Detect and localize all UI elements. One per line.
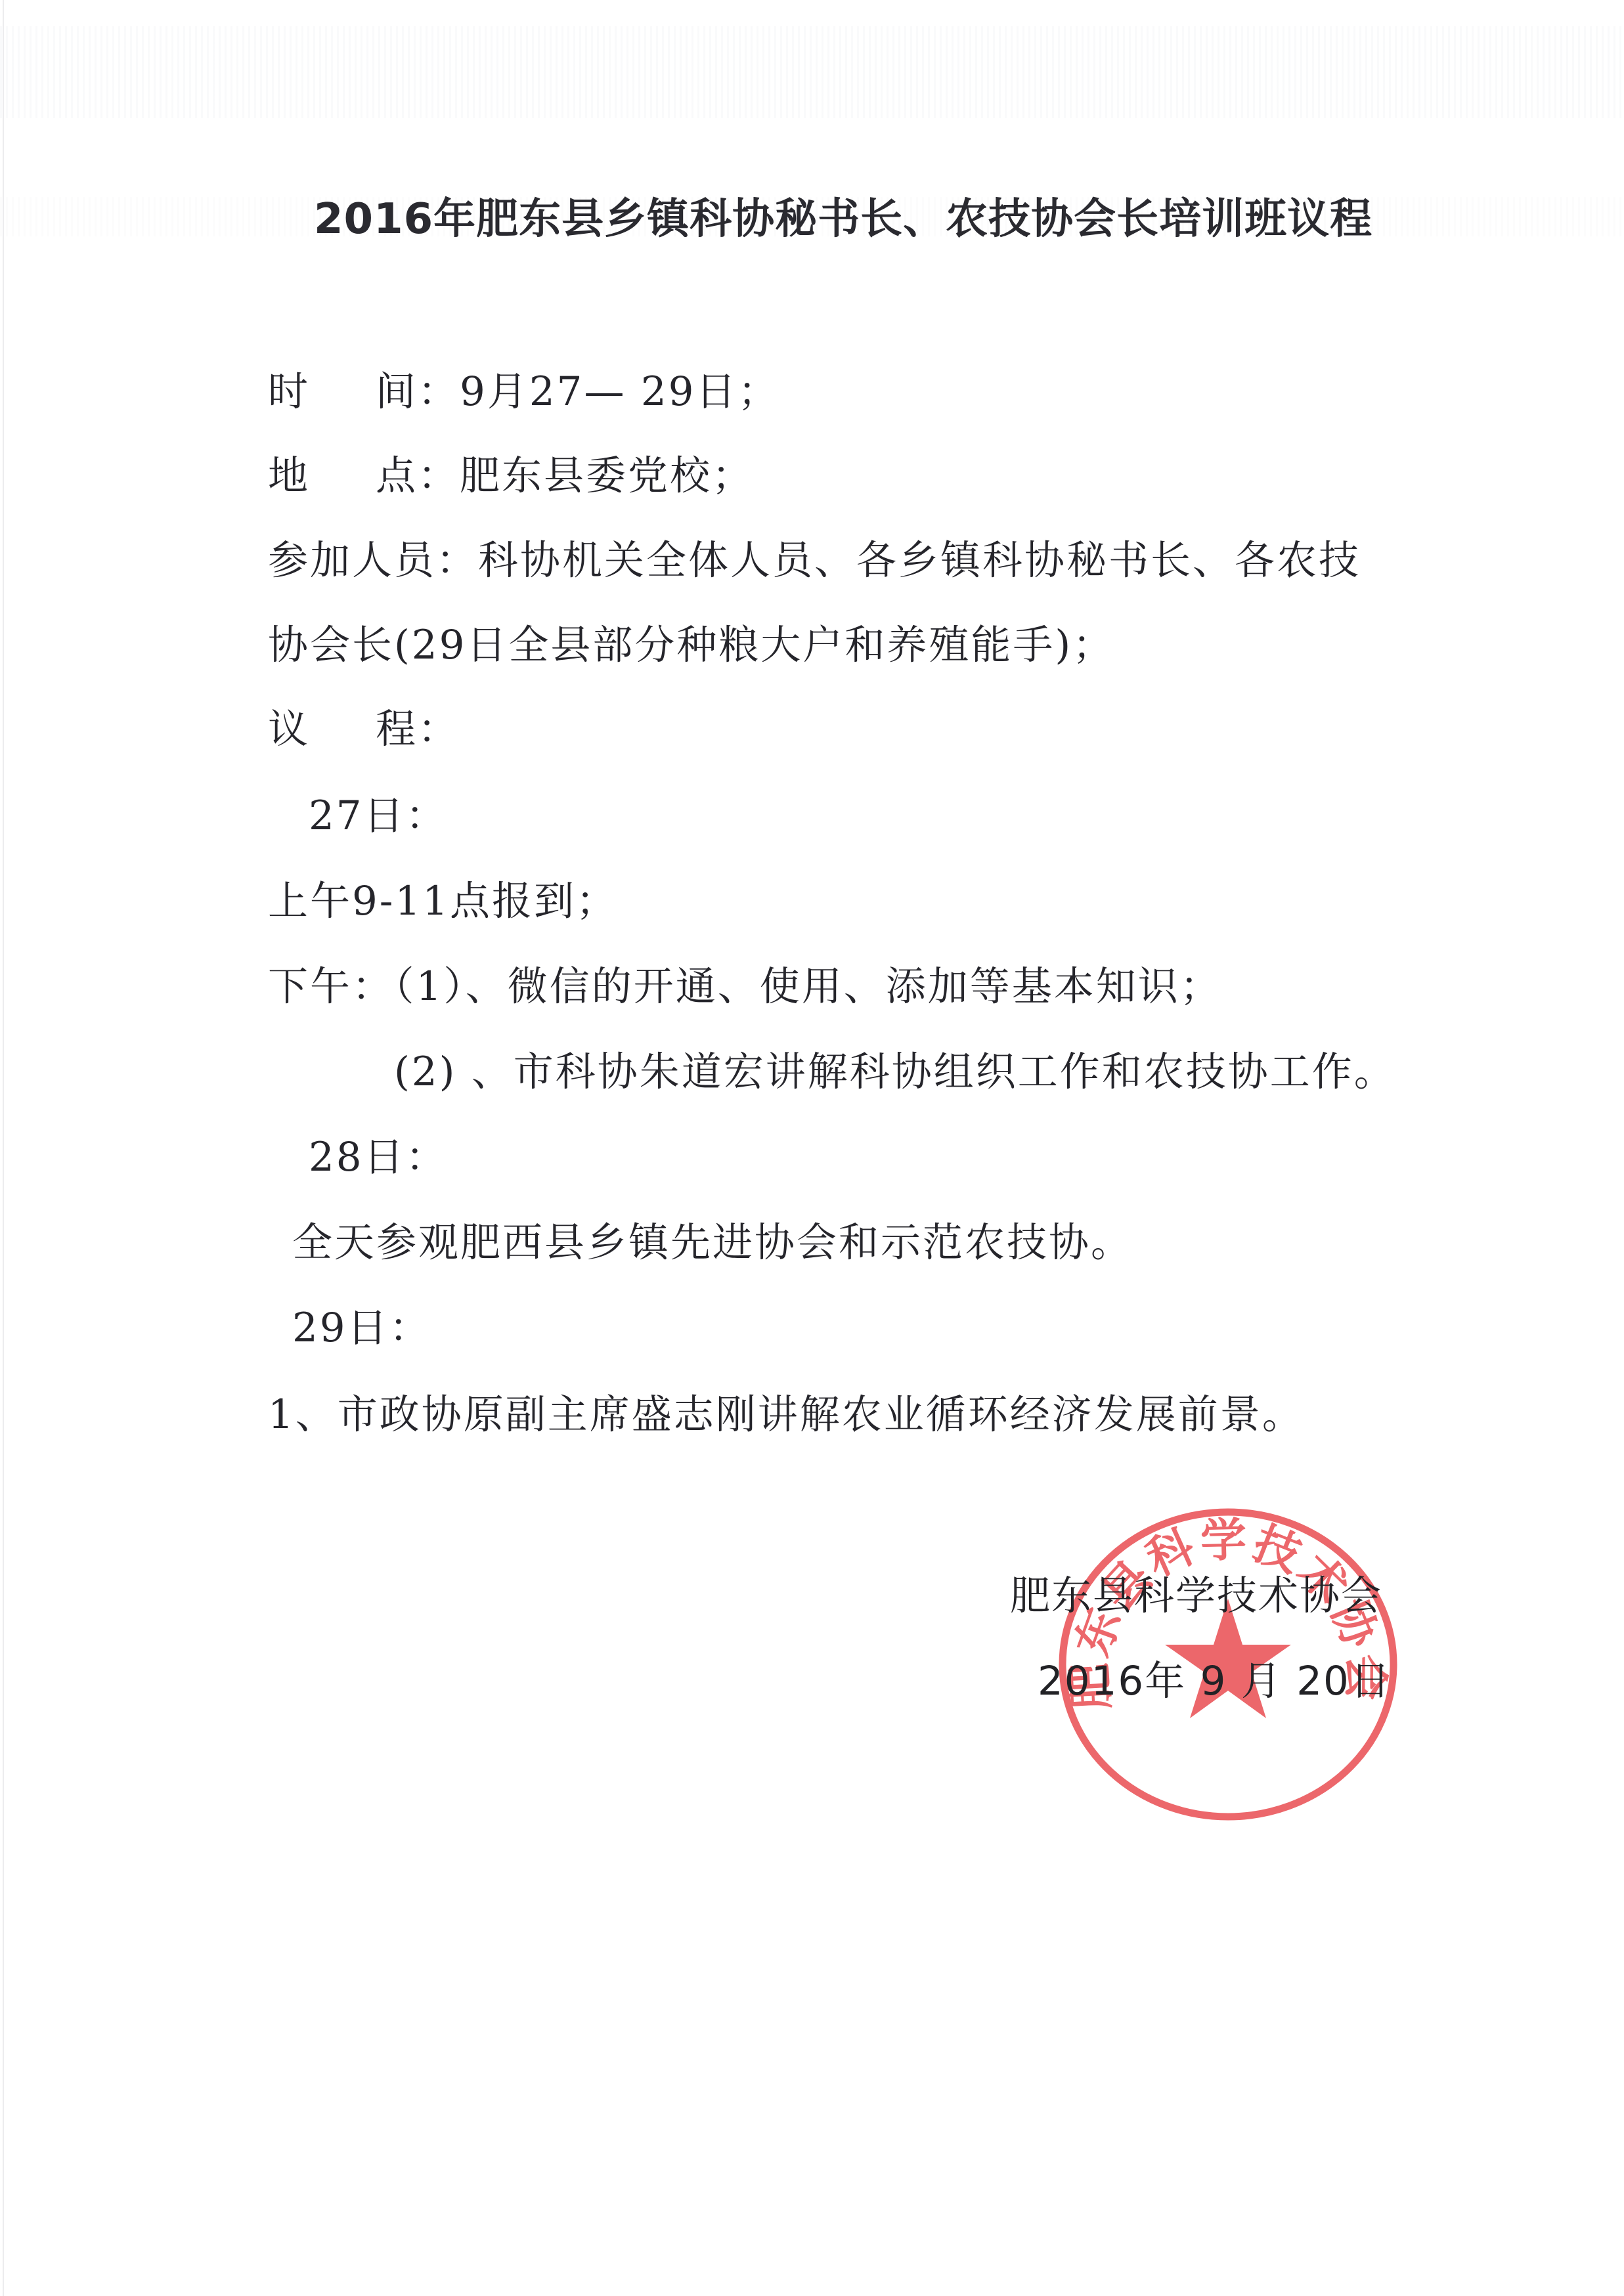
agenda-item: (2) 、市科协朱道宏讲解科协组织工作和农技协工作。 — [394, 1052, 1396, 1092]
agenda-item: 上午9-11点报到； — [268, 881, 618, 921]
agenda-item: 1、市政协原副主席盛志刚讲解农业循环经济发展前景。 — [268, 1395, 1304, 1435]
field-participants: 参加人员：科协机关全体人员、各乡镇科协秘书长、各农技 — [268, 540, 1361, 580]
field-place: 地点：肥东县委党校； — [268, 456, 754, 496]
agenda-day-27: 27日： — [309, 796, 448, 836]
field-place-value: 肥东县委党校； — [460, 452, 754, 499]
page-edge — [3, 0, 4, 2296]
agenda-item: 全天参观肥西县乡镇先进协会和示范农技协。 — [292, 1223, 1133, 1263]
field-place-label-a: 地 — [268, 452, 310, 499]
document-title: 2016年肥东县乡镇科协秘书长、农技协会长培训班议程 — [314, 185, 1372, 246]
field-time-value: 9月27— 29日； — [460, 368, 779, 415]
field-time-label-a: 时 — [268, 368, 310, 415]
scan-artifact-band — [0, 26, 1624, 118]
field-participants-value-line1: 科协机关全体人员、各乡镇科协秘书长、各农技 — [478, 537, 1361, 584]
agenda-day-28: 28日： — [309, 1137, 448, 1177]
field-participants-label: 参加人员： — [268, 537, 478, 584]
field-agenda: 议程： — [268, 709, 460, 749]
field-participants-cont: 协会长(29日全县部分种粮大户和养殖能手)； — [268, 625, 1114, 665]
signature-date: 2016年 9 月 20日 — [1038, 1649, 1392, 1706]
field-agenda-label-a: 议 — [268, 706, 310, 752]
agenda-item: 下午：（1）、微信的开通、使用、添加等基本知识； — [268, 966, 1222, 1007]
field-agenda-label-b: 程： — [376, 706, 460, 752]
field-place-label-b: 点： — [376, 452, 460, 499]
field-time: 时间：9月27— 29日； — [268, 372, 779, 412]
field-participants-value-line2: 协会长(29日全县部分种粮大户和养殖能手)； — [268, 622, 1114, 668]
signature-organization: 肥东县科学技术协会 — [1010, 1564, 1382, 1621]
agenda-day-29: 29日： — [292, 1308, 431, 1348]
field-time-label-b: 间： — [376, 368, 460, 415]
